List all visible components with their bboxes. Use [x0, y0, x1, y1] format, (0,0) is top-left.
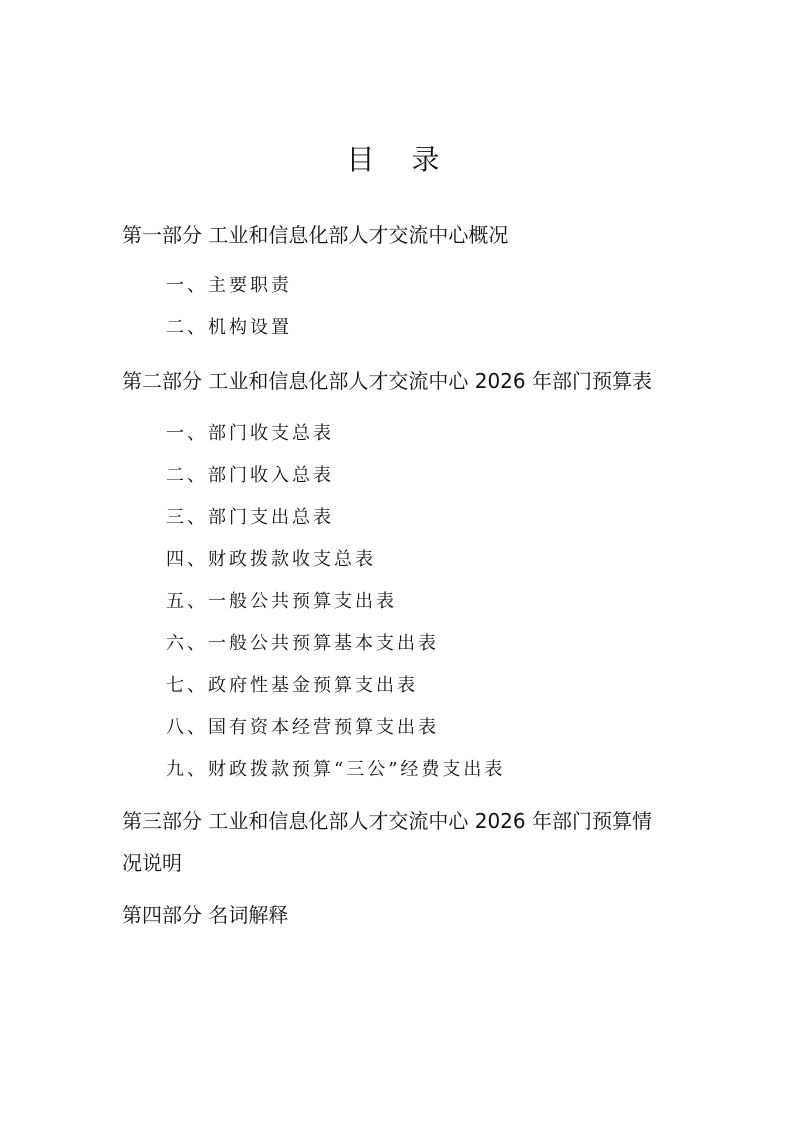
toc-item[interactable]: 二、部门收入总表: [166, 464, 334, 488]
toc-item[interactable]: 七、政府性基金预算支出表: [166, 674, 418, 698]
toc-page: 目 录 第一部分 工业和信息化部人才交流中心概况 一、主要职责 二、机构设置 第…: [0, 0, 800, 1131]
toc-title: 目 录: [0, 140, 800, 180]
toc-part-3-line1[interactable]: 第三部分 工业和信息化部人才交流中心 2026 年部门预算情: [122, 808, 652, 834]
toc-item[interactable]: 三、部门支出总表: [166, 506, 334, 530]
toc-item[interactable]: 一、部门收支总表: [166, 422, 334, 446]
toc-part-4[interactable]: 第四部分 名词解释: [122, 902, 288, 928]
toc-item[interactable]: 六、一般公共预算基本支出表: [166, 632, 439, 656]
toc-item[interactable]: 八、国有资本经营预算支出表: [166, 716, 439, 740]
toc-item[interactable]: 四、财政拨款收支总表: [166, 548, 376, 572]
toc-item[interactable]: 九、财政拨款预算“三公”经费支出表: [166, 758, 505, 782]
toc-part-2[interactable]: 第二部分 工业和信息化部人才交流中心 2026 年部门预算表: [122, 368, 652, 394]
toc-part-1[interactable]: 第一部分 工业和信息化部人才交流中心概况: [122, 222, 508, 248]
toc-part-3-line2[interactable]: 况说明: [122, 850, 182, 876]
toc-item[interactable]: 五、一般公共预算支出表: [166, 590, 397, 614]
toc-item[interactable]: 二、机构设置: [166, 316, 292, 340]
toc-item[interactable]: 一、主要职责: [166, 274, 292, 298]
